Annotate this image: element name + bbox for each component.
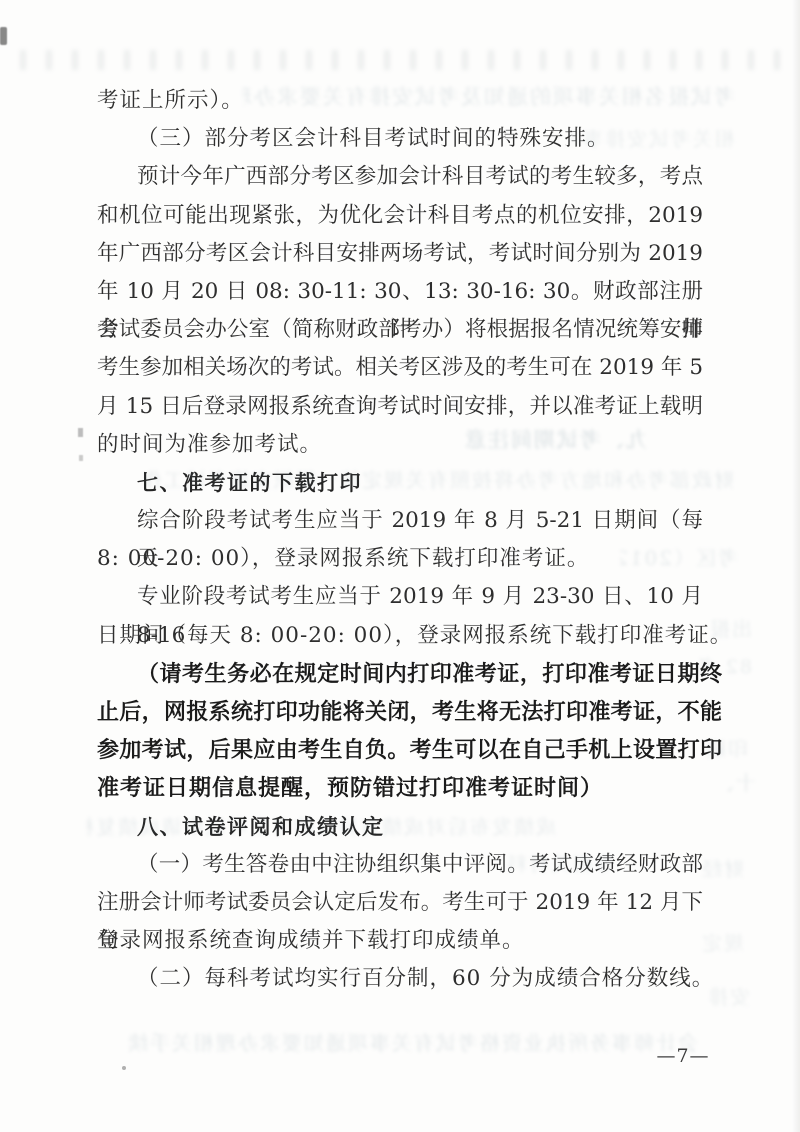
text-line: （请考生务必在规定时间内打印准考证，打印准考证日期终 bbox=[97, 655, 722, 693]
document-body: 考证上所示）。（三）部分考区会计科目考试时间的特殊安排。预计今年广西部分考区参加… bbox=[97, 82, 703, 999]
scan-speck bbox=[0, 27, 7, 45]
text-line: 年 10 月 20 日 08: 30-11: 30、13: 30-16: 30。… bbox=[97, 273, 703, 311]
scan-margin-mark bbox=[78, 428, 83, 437]
text-line: 和机位可能出现紧张，为优化会计科目考点的机位安排，2019 bbox=[97, 197, 703, 235]
text-line: 止后，网报系统打印功能将关闭，考生将无法打印准考证，不能 bbox=[97, 693, 722, 731]
text-line: 综合阶段考试考生应当于 2019 年 8 月 5-21 日期间（每天 bbox=[97, 502, 703, 540]
text-line: 准考证日期信息提醒，预防错过打印准考证时间） bbox=[97, 769, 722, 807]
text-line: 年广西部分考区会计科目安排两场考试，考试时间分别为 2019 bbox=[97, 235, 703, 273]
text-line: 预计今年广西部分考区参加会计科目考试的考生较多，考点 bbox=[97, 158, 703, 196]
text-line: （一）考生答卷由中注协组织集中评阅。考试成绩经财政部 bbox=[97, 846, 703, 884]
scanned-document-page: 考证上所示）。（三）部分考区会计科目考试时间的特殊安排。预计今年广西部分考区参加… bbox=[0, 0, 800, 1132]
scan-dot bbox=[122, 1066, 126, 1070]
text-line: （二）每科考试均实行百分制，60 分为成绩合格分数线。 bbox=[97, 960, 703, 998]
scan-margin-mark bbox=[79, 455, 83, 461]
text-line: 考生参加相关场次的考试。相关考区涉及的考生可在 2019 年 5 bbox=[97, 349, 703, 387]
text-line: 8: 00-20: 00），登录网报系统下载打印准考证。 bbox=[97, 540, 703, 578]
text-line: 专业阶段考试考生应当于 2019 年 9 月 23-30 日、10 月 8-16 bbox=[97, 578, 703, 616]
text-line: 考试委员会办公室（简称财政部考办）将根据报名情况统筹安排 bbox=[97, 311, 703, 349]
text-line: （三）部分考区会计科目考试时间的特殊安排。 bbox=[97, 120, 703, 158]
text-line: 参加考试，后果应由考生自负。考生可以在自己手机上设置打印 bbox=[97, 731, 722, 769]
scan-noise-band bbox=[20, 50, 780, 70]
text-line: 登录网报系统查询成绩并下载打印成绩单。 bbox=[97, 922, 703, 960]
section-heading: 七、准考证的下载打印 bbox=[97, 464, 703, 502]
bleedthrough-mark: 会计师事务所执业资格考试有关事项通知要求办理相关手续 bbox=[100, 1030, 698, 1057]
page-number: —7— bbox=[648, 1044, 718, 1068]
page-edge-shade bbox=[792, 0, 800, 1132]
text-line: 日期间（每天 8: 00-20: 00），登录网报系统下载打印准考证。 bbox=[97, 617, 703, 655]
text-line: 的时间为准参加考试。 bbox=[97, 426, 703, 464]
text-line: 月 15 日后登录网报系统查询考试时间安排，并以准考证上载明 bbox=[97, 388, 703, 426]
text-line: 注册会计师考试委员会认定后发布。考生可于 2019 年 12 月下旬 bbox=[97, 884, 703, 922]
text-line: 考证上所示）。 bbox=[97, 82, 703, 120]
section-heading: 八、试卷评阅和成绩认定 bbox=[97, 808, 703, 846]
